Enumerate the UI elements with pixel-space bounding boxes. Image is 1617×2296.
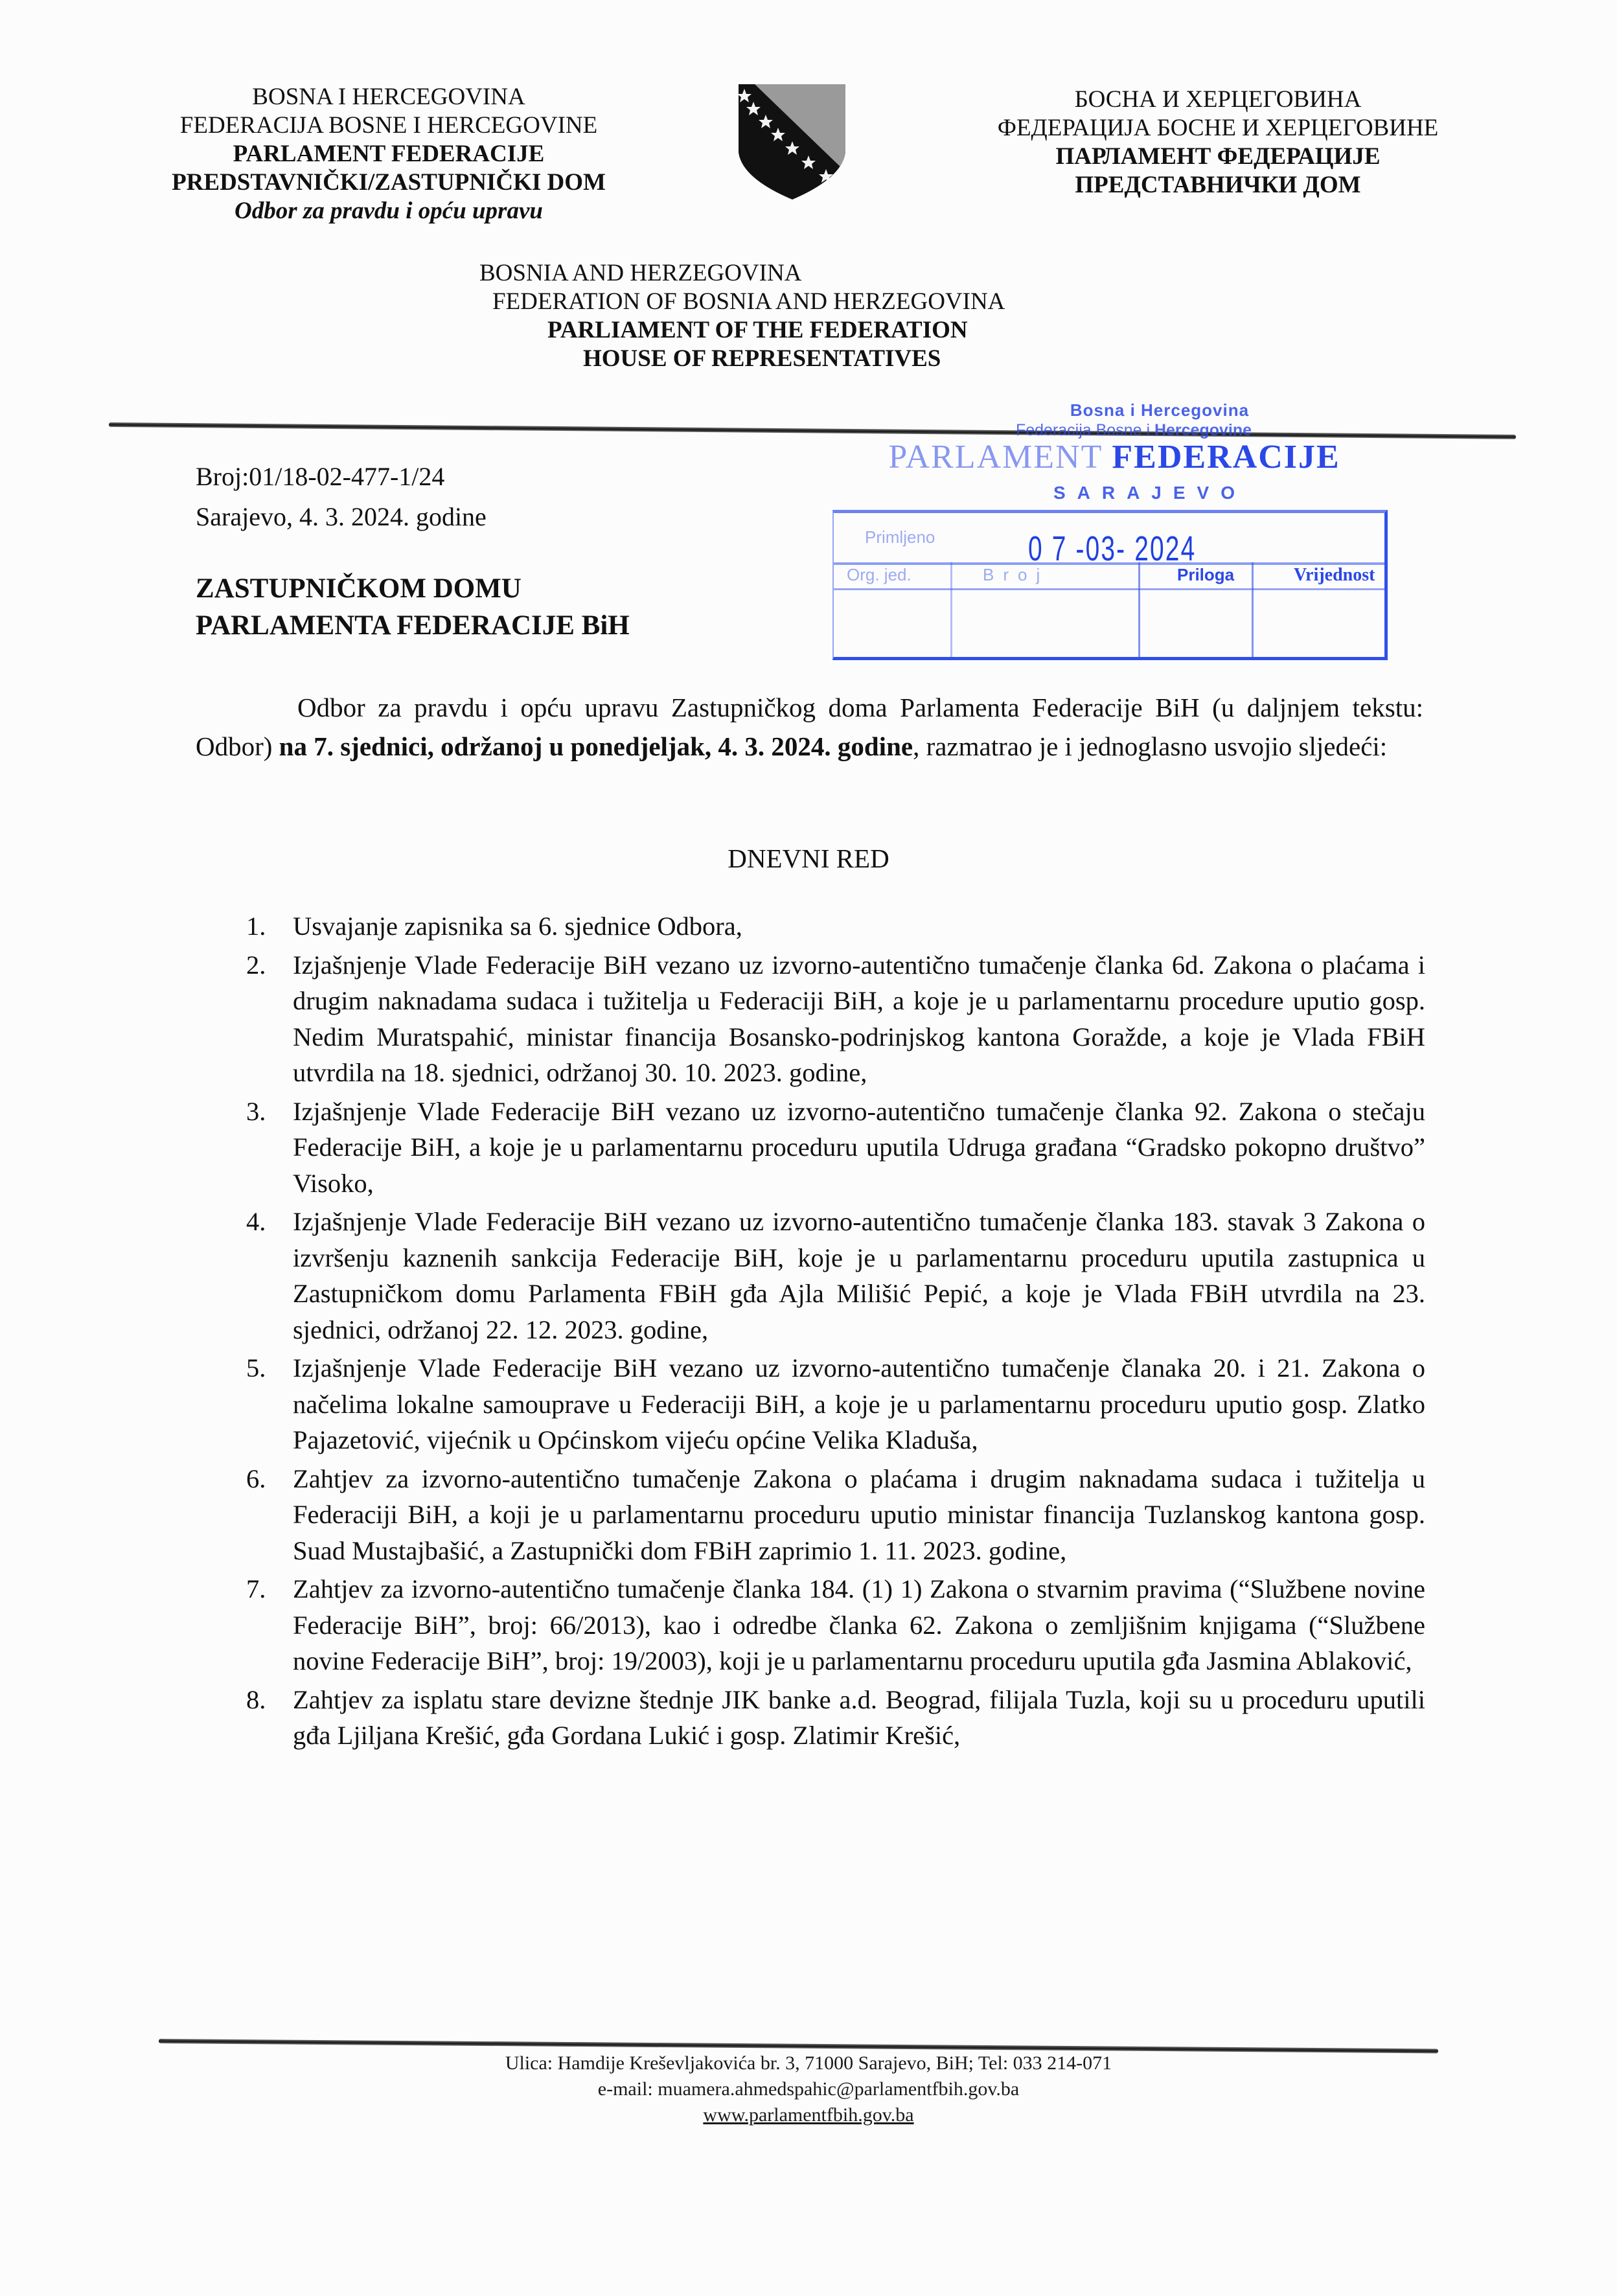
agenda-item-text: Izjašnjenje Vlade Federacije BiH vezano … xyxy=(293,1097,1425,1198)
agenda-item-text: Zahtjev za izvorno-autentično tumačenje … xyxy=(293,1574,1425,1675)
stamp-col-org: Org. jed. xyxy=(847,565,912,585)
header-english: BOSNIA AND HERZEGOVINA FEDERATION OF BOS… xyxy=(402,259,1075,373)
header-parliament: PARLAMENT FEDERACIJE xyxy=(97,140,680,168)
header-house: PREDSTAVNIČKI/ZASTUPNIČKI DOM xyxy=(97,168,680,197)
header-federation-en: FEDERATION OF BOSNIA AND HERZEGOVINA xyxy=(402,288,1075,316)
agenda-item: 4.Izjašnjenje Vlade Federacije BiH vezan… xyxy=(220,1204,1425,1348)
header-parliament-cyr: ПАРЛАМЕНТ ФЕДЕРАЦИЈЕ xyxy=(913,143,1522,171)
header-latin: BOSNA I HERCEGOVINA FEDERACIJA BOSNE I H… xyxy=(97,83,680,225)
stamp-parliament-strong: FEDERACIJE xyxy=(1112,439,1340,476)
agenda-item-text: Zahtjev za isplatu stare devizne štednje… xyxy=(293,1685,1425,1751)
header-committee: Odbor za pravdu i opću upravu xyxy=(97,197,680,225)
agenda-item: 6.Zahtjev za izvorno-autentično tumačenj… xyxy=(220,1461,1425,1569)
agenda-item-number: 5. xyxy=(246,1350,266,1386)
agenda-item-number: 1. xyxy=(246,908,266,945)
intro-text-2: , razmatrao je i jednoglasno usvojio slj… xyxy=(913,731,1387,761)
agenda-item-number: 7. xyxy=(246,1571,266,1607)
agenda-list: 1.Usvajanje zapisnika sa 6. sjednice Odb… xyxy=(220,908,1425,1754)
stamp-parliament-light: PARLAMENT xyxy=(888,439,1102,476)
agenda-item-number: 3. xyxy=(246,1094,266,1130)
agenda-item-text: Usvajanje zapisnika sa 6. sjednice Odbor… xyxy=(293,912,742,941)
agenda-item-number: 8. xyxy=(246,1682,266,1718)
reference-number: Broj:01/18-02-477-1/24 xyxy=(196,457,487,497)
stamp-col-priloga: Priloga xyxy=(1177,565,1234,585)
agenda-item: 2.Izjašnjenje Vlade Federacije BiH vezan… xyxy=(220,947,1425,1091)
agenda-item: 5.Izjašnjenje Vlade Federacije BiH vezan… xyxy=(220,1350,1425,1458)
bih-coat-of-arms-icon xyxy=(735,81,849,201)
intro-text-bold: na 7. sjednici, održanoj u ponedjeljak, … xyxy=(279,731,913,761)
footer: Ulica: Hamdije Kreševljakovića br. 3, 71… xyxy=(0,2050,1617,2128)
header-country: BOSNA I HERCEGOVINA xyxy=(97,83,680,111)
stamp-header-divider xyxy=(834,588,1384,590)
reference-block: Broj:01/18-02-477-1/24 Sarajevo, 4. 3. 2… xyxy=(196,457,487,537)
agenda-item: 8.Zahtjev za isplatu stare devizne štedn… xyxy=(220,1682,1425,1754)
header-parliament-en: PARLIAMENT OF THE FEDERATION xyxy=(402,316,1075,345)
agenda-item-text: Zahtjev za izvorno-autentično tumačenje … xyxy=(293,1464,1425,1565)
recipient-block: ZASTUPNIČKOM DOMU PARLAMENTA FEDERACIJE … xyxy=(196,570,630,644)
header-house-cyr: ПРЕДСТАВНИЧКИ ДОМ xyxy=(913,171,1522,200)
footer-email[interactable]: e-mail: muamera.ahmedspahic@parlamentfbi… xyxy=(0,2076,1617,2102)
footer-address: Ulica: Hamdije Kreševljakovića br. 3, 71… xyxy=(0,2050,1617,2076)
stamp-line-parliament: PARLAMENT FEDERACIJE xyxy=(888,438,1341,476)
header-federation-cyr: ФЕДЕРАЦИЈА БОСНЕ И ХЕРЦЕГОВИНЕ xyxy=(913,114,1522,143)
stamp-federation-strong: Hercegovine xyxy=(1154,421,1252,439)
header-country-cyr: БОСНА И ХЕРЦЕГОВИНА xyxy=(913,86,1522,114)
stamp-line-federation: Federacija Bosne i Hercegovine xyxy=(933,421,1335,440)
stamp-col-divider xyxy=(950,562,952,657)
header-house-en: HOUSE OF REPRESENTATIVES xyxy=(402,345,1075,373)
stamp-federation-light: Federacija Bosne i xyxy=(1016,421,1150,439)
recipient-line-1: ZASTUPNIČKOM DOMU xyxy=(196,570,630,607)
stamp-col-divider xyxy=(1252,562,1254,657)
agenda-item-number: 4. xyxy=(246,1204,266,1240)
agenda-item: 3.Izjašnjenje Vlade Federacije BiH vezan… xyxy=(220,1094,1425,1202)
footer-website-link[interactable]: www.parlamentfbih.gov.ba xyxy=(0,2102,1617,2128)
stamp-col-broj: Broj xyxy=(983,565,1049,585)
agenda-item-text: Izjašnjenje Vlade Federacije BiH vezano … xyxy=(293,1353,1425,1454)
received-stamp-box: Primljeno 0 7 -03- 2024 Org. jed. Broj P… xyxy=(832,510,1388,660)
header-federation: FEDERACIJA BOSNE I HERCEGOVINE xyxy=(97,111,680,140)
recipient-line-2: PARLAMENTA FEDERACIJE BiH xyxy=(196,607,630,644)
stamp-received-label: Primljeno xyxy=(865,527,935,547)
agenda-item: 1.Usvajanje zapisnika sa 6. sjednice Odb… xyxy=(220,908,1425,945)
agenda-item-text: Izjašnjenje Vlade Federacije BiH vezano … xyxy=(293,950,1425,1088)
reference-place-date: Sarajevo, 4. 3. 2024. godine xyxy=(196,497,487,537)
agenda-item-text: Izjašnjenje Vlade Federacije BiH vezano … xyxy=(293,1207,1425,1344)
stamp-line-country: Bosna i Hercegovina xyxy=(1004,400,1315,420)
header-cyrillic: БОСНА И ХЕРЦЕГОВИНА ФЕДЕРАЦИЈА БОСНЕ И Х… xyxy=(913,86,1522,200)
agenda-item-number: 2. xyxy=(246,947,266,983)
agenda-item: 7.Zahtjev za izvorno-autentično tumačenj… xyxy=(220,1571,1425,1679)
agenda-item-number: 6. xyxy=(246,1461,266,1497)
stamp-line-city: SARAJEVO xyxy=(1004,483,1296,503)
stamp-col-divider xyxy=(1138,562,1140,657)
stamp-col-vrijednost: Vrijednost xyxy=(1294,565,1375,586)
intro-paragraph: Odbor za pravdu i opću upravu Zastupničk… xyxy=(196,688,1423,766)
header-country-en: BOSNIA AND HERZEGOVINA xyxy=(402,259,1075,288)
agenda-title: DNEVNI RED xyxy=(0,843,1617,874)
